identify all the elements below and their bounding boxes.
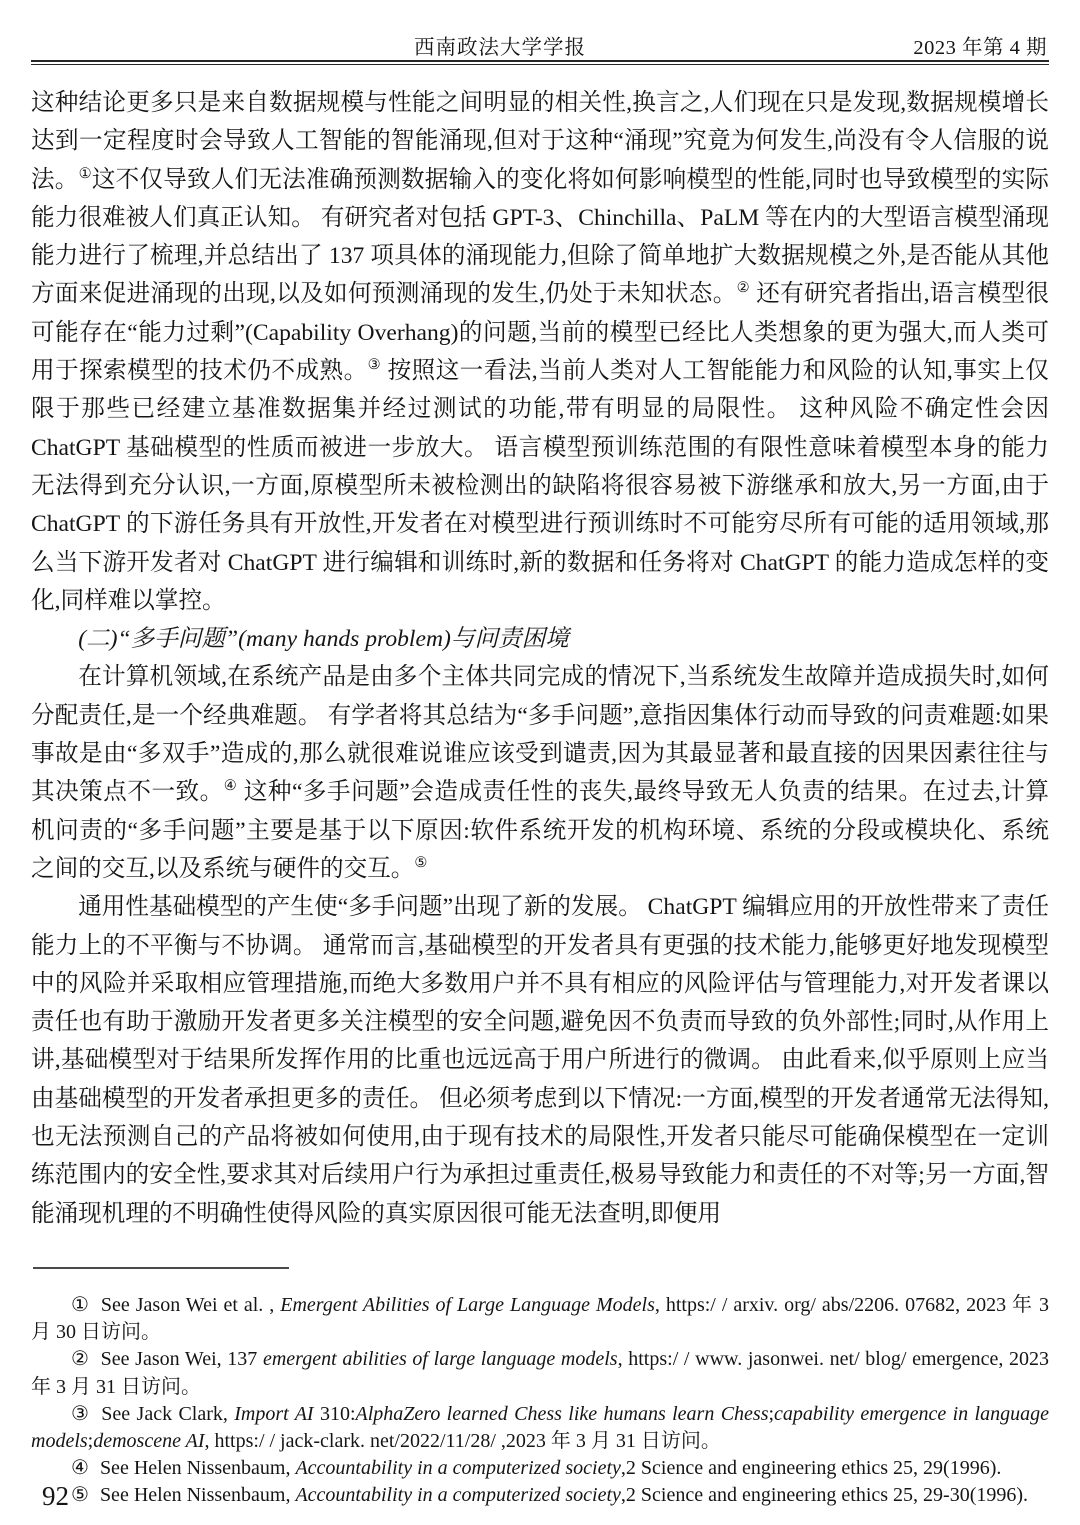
- section-heading: (二)“多手问题”(many hands problem)与问责困境: [31, 620, 1049, 658]
- footnote-text: 310:: [314, 1403, 356, 1425]
- footnote: ②See Jason Wei, 137 emergent abilities o…: [31, 1346, 1049, 1400]
- footnote-ref: ⑤: [414, 855, 427, 871]
- footnote: ③See Jack Clark, Import AI 310:AlphaZero…: [31, 1401, 1049, 1455]
- footnote-ref: ①: [79, 166, 92, 182]
- journal-title: 西南政法大学学报: [31, 30, 969, 60]
- footnote-work-title: Accountability in a computerized society: [295, 1457, 620, 1479]
- footnote-ref: ③: [368, 357, 382, 373]
- header-rule: [31, 60, 1049, 65]
- footnote-work-title: AlphaZero learned Chess like humans lear…: [356, 1403, 769, 1425]
- footnote-text: ,2 Science and engineering ethics 25, 29…: [621, 1457, 1001, 1479]
- issue-label: 2023 年第 4 期: [913, 30, 1047, 60]
- footnote-marker: ②: [71, 1348, 90, 1370]
- running-head: 西南政法大学学报 2023 年第 4 期: [31, 30, 1049, 58]
- footnote-ref: ④: [224, 778, 238, 794]
- article-body: 这种结论更多只是来自数据规模与性能之间明显的相关性,换言之,人们现在只是发现,数…: [31, 84, 1049, 1233]
- footnote-separator: [33, 1267, 289, 1269]
- footnote-work-title: Emergent Abilities of Large Language Mod…: [280, 1294, 655, 1316]
- footnote-text: See Jack Clark,: [101, 1403, 234, 1425]
- footnote-work-title: Accountability in a computerized society: [295, 1484, 620, 1506]
- footnote: ④See Helen Nissenbaum, Accountability in…: [31, 1455, 1049, 1482]
- footnote: ①See Jason Wei et al. , Emergent Abiliti…: [31, 1292, 1049, 1346]
- footnotes-section: ①See Jason Wei et al. , Emergent Abiliti…: [31, 1292, 1049, 1510]
- footnote-marker: ④: [71, 1457, 89, 1479]
- footnote-text: , https:/ / jack-clark. net/2022/11/28/ …: [204, 1430, 720, 1452]
- footnote-work-title: emergent abilities of large language mod…: [263, 1348, 618, 1370]
- footnote-marker: ③: [71, 1403, 90, 1425]
- journal-page: 西南政法大学学报 2023 年第 4 期 这种结论更多只是来自数据规模与性能之间…: [0, 0, 1080, 1525]
- footnote-work-title: demoscene AI: [93, 1430, 204, 1452]
- body-paragraph: 通用性基础模型的产生使“多手问题”出现了新的发展。 ChatGPT 编辑应用的开…: [31, 888, 1049, 1233]
- body-paragraph: 这种结论更多只是来自数据规模与性能之间明显的相关性,换言之,人们现在只是发现,数…: [31, 84, 1049, 620]
- footnote-marker: ⑤: [71, 1484, 89, 1506]
- footnote-text: See Jason Wei et al. ,: [101, 1294, 280, 1316]
- footnote: ⑤See Helen Nissenbaum, Accountability in…: [31, 1482, 1049, 1509]
- footnote-text: See Jason Wei, 137: [101, 1348, 263, 1370]
- footnote-ref: ②: [737, 281, 750, 297]
- body-paragraph: 在计算机领域,在系统产品是由多个主体共同完成的情况下,当系统发生故障并造成损失时…: [31, 658, 1049, 888]
- footnote-work-title: Import AI: [234, 1403, 313, 1425]
- footnote-text: See Helen Nissenbaum,: [100, 1457, 296, 1479]
- footnote-text: See Helen Nissenbaum,: [100, 1484, 296, 1506]
- footnote-marker: ①: [71, 1294, 90, 1316]
- footnote-text: ,2 Science and engineering ethics 25, 29…: [621, 1484, 1028, 1506]
- page-number: 92: [42, 1481, 69, 1512]
